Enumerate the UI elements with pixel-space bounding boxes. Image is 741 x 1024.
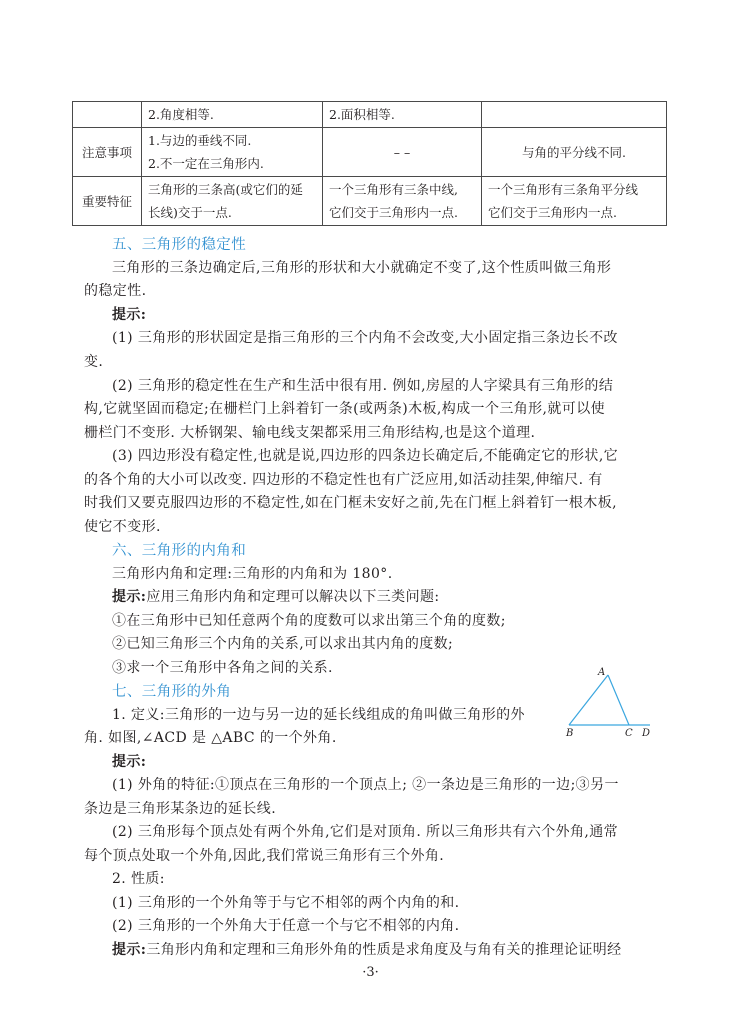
section-heading: 五、三角形的稳定性 [112,233,246,254]
paragraph-line: (2) 三角形的一个外角大于任意一个与它不相邻的内角. [112,915,460,935]
page-number: ·3· [0,965,741,980]
label-b: B [565,728,573,739]
paragraph-line: 的各个角的大小可以改变. 四边形的不稳定性也有广泛应用,如活动挂架,伸缩尺. 有 [84,469,603,489]
document-page: 2.角度相等. 2.面积相等. 注意事项 1.与边的垂线不同. 2.不一定在三角… [0,0,741,1024]
tip-label: 提示: [112,942,146,958]
section-heading: 七、三角形的外角 [112,680,231,701]
side-ac [608,675,629,725]
section-heading: 六、三角形的内角和 [112,539,246,560]
paragraph-line: 每个顶点处取一个外角,因此,我们常说三角形有三个外角. [84,845,444,865]
list-item: ②已知三角形三个内角的关系,可以求出其内角的度数; [112,633,453,653]
table-cell: 一个三角形有三条中线, 它们交于三角形内一点. [323,177,482,226]
paragraph-line: 使它不变形. [84,516,161,536]
paragraph-line: 1. 定义:三角形的一边与另一边的延长线组成的角叫做三角形的外 [112,704,525,724]
tip-line: 提示:应用三角形内角和定理可以解决以下三类问题: [112,586,440,606]
paragraph-line: 变. [84,351,103,371]
paragraph-line: (2) 三角形每个顶点处有两个外角,它们是对顶角. 所以三角形共有六个外角,通常 [112,821,618,841]
paragraph-line: 三角形的三条边确定后,三角形的形状和大小就确定不变了,这个性质叫做三角形 [112,257,611,277]
table-cell: 三角形的三条高(或它们的延 长线)交于一点. [142,177,323,226]
list-item: ③求一个三角形中各角之间的关系. [112,657,333,677]
label-a: A [597,667,605,678]
tip-label: 提示: [112,589,146,605]
label-c: C [625,728,633,739]
paragraph-line: 构,它就坚固而稳定;在栅栏门上斜着钉一条(或两条)木板,构成一个三角形,就可以使 [84,398,605,418]
tip-label: 提示: [112,751,146,771]
paragraph-line: 条边是三角形某条边的延长线. [84,798,276,818]
triangle-figure: A B C D [560,664,660,744]
table-cell: 2.角度相等. [142,102,323,128]
table-cell: 1.与边的垂线不同. 2.不一定在三角形内. [142,128,323,177]
paragraph-line: (1) 外角的特征:①顶点在三角形的一个顶点上; ②一条边是三角形的一边;③另一 [112,774,619,794]
table-cell: 一个三角形有三条角平分线 它们交于三角形内一点. [482,177,667,226]
paragraph-line: 角. 如图,∠ACD 是 △ABC 的一个外角. [84,727,337,747]
comparison-table: 2.角度相等. 2.面积相等. 注意事项 1.与边的垂线不同. 2.不一定在三角… [72,101,667,226]
table-row: 重要特征 三角形的三条高(或它们的延 长线)交于一点. 一个三角形有三条中线, … [73,177,667,226]
table-row: 2.角度相等. 2.面积相等. [73,102,667,128]
row-label: 注意事项 [73,128,142,177]
table-cell: – – [323,128,482,177]
paragraph-line: (1) 三角形的形状固定是指三角形的三个内角不会改变,大小固定指三条边长不改 [112,327,618,347]
label-d: D [641,728,650,739]
table-cell: 与角的平分线不同. [482,128,667,177]
table-cell [482,102,667,128]
list-item: ①在三角形中已知任意两个角的度数可以求出第三个角的度数; [112,610,506,630]
row-label [73,102,142,128]
paragraph-line: 2. 性质: [112,868,165,888]
paragraph-line: 三角形内角和定理:三角形的内角和为 180°. [112,563,393,583]
paragraph-line: 的稳定性. [84,280,146,300]
paragraph-line: (2) 三角形的稳定性在生产和生活中很有用. 例如,房屋的人字梁具有三角形的结 [112,375,613,395]
tip-label: 提示: [112,304,146,324]
paragraph-line: (3) 四边形没有稳定性,也就是说,四边形的四条边长确定后,不能确定它的形状,它 [112,445,618,465]
tip-line: 提示:三角形内角和定理和三角形外角的性质是求角度及与角有关的推理论证明经 [112,939,622,959]
paragraph-line: 时我们又要克服四边形的不稳定性,如在门框未安好之前,先在门框上斜着钉一根木板, [84,492,617,512]
paragraph-line: (1) 三角形的一个外角等于与它不相邻的两个内角的和. [112,892,460,912]
side-ab [569,675,608,725]
table-cell: 2.面积相等. [323,102,482,128]
table-row: 注意事项 1.与边的垂线不同. 2.不一定在三角形内. – – 与角的平分线不同… [73,128,667,177]
row-label: 重要特征 [73,177,142,226]
paragraph-line: 栅栏门不变形. 大桥钢架、输电线支架都采用三角形结构,也是这个道理. [84,422,535,442]
